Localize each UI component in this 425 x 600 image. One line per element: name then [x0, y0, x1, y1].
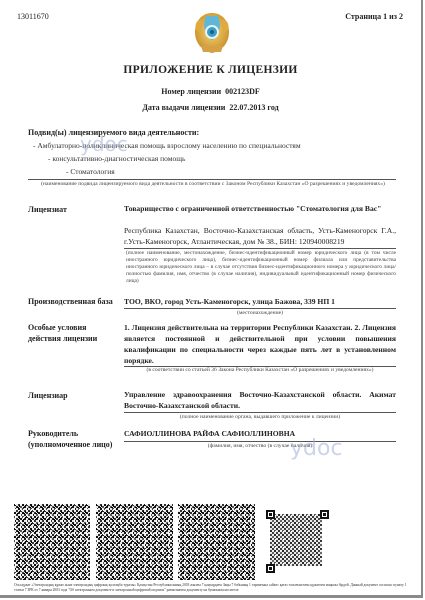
divider	[124, 308, 396, 309]
document-page: 13011670 Страница 1 из 2 ПРИЛОЖЕНИЕ К ЛИ…	[0, 0, 423, 598]
barcode-icon	[96, 504, 173, 580]
divider	[124, 441, 396, 442]
subtypes-note: (наименование подвида лицензируемого вид…	[30, 181, 396, 188]
license-number-label: Номер лицензии	[161, 87, 221, 96]
qr-code-icon	[266, 510, 329, 573]
head-note: (фамилия, имя, отчество (в случае наличи…	[124, 443, 396, 450]
document-number: 13011670	[17, 12, 49, 21]
head-label-line2: (уполномоченное лицо)	[28, 439, 112, 450]
document-title: ПРИЛОЖЕНИЕ К ЛИЦЕНЗИИ	[0, 64, 421, 76]
page-indicator: Страница 1 из 2	[345, 12, 403, 21]
production-base-value: ТОО, ВКО, город Усть-Каменогорск, улица …	[124, 296, 396, 307]
special-conditions-note: (в соответствии со статьей 36 Закона Рес…	[124, 367, 396, 374]
license-number-value: 002123DF	[225, 87, 260, 96]
legal-footer: Осы құжат «Электрондық құжат және электр…	[14, 583, 412, 593]
licensor-label: Лицензиар	[28, 390, 68, 401]
licensee-address: Республика Казахстан, Восточно-Казахстан…	[124, 225, 396, 247]
subtype-item: - Амбулаторно-поликлиническая помощь взр…	[33, 141, 301, 150]
barcode-icon	[178, 504, 255, 580]
special-conditions-value: 1. Лицензия действительна на территории …	[124, 322, 396, 366]
head-value: САФИОЛЛИНОВА РАЙФА САФИОЛЛИНОВНА	[124, 428, 396, 439]
watermark: ydoc	[290, 436, 343, 461]
issue-date-label: Дата выдачи лицензии	[142, 103, 225, 112]
issue-date-value: 22.07.2013 год	[229, 103, 278, 112]
special-conditions-label-line2: действия лицензии	[28, 333, 97, 344]
divider	[124, 412, 396, 413]
licensee-name: Товарищество с ограниченной ответственно…	[124, 203, 396, 214]
divider	[124, 248, 396, 249]
licensee-label: Лицензиат	[28, 204, 67, 215]
divider	[28, 179, 396, 180]
head-label-line1: Руководитель	[28, 428, 112, 439]
production-base-note: (местонахождение)	[124, 310, 396, 317]
license-number: Номер лицензии 002123DF	[0, 87, 421, 96]
licensor-value: Управление здравоохранения Восточно-Каза…	[124, 389, 396, 411]
watermark: ydoc	[80, 132, 128, 156]
state-emblem-icon	[192, 10, 232, 57]
licensor-note: (полное наименование органа, выдавшего п…	[124, 414, 396, 421]
production-base-label: Производственная база	[28, 296, 113, 307]
special-conditions-label: Особые условия действия лицензии	[28, 322, 97, 344]
barcode-icon	[14, 504, 90, 580]
licensee-note: (полное наименование, местонахождение, б…	[126, 250, 396, 285]
subtype-item: - Стоматология	[66, 167, 115, 176]
license-issue-date: Дата выдачи лицензии 22.07.2013 год	[0, 103, 421, 112]
head-label: Руководитель (уполномоченное лицо)	[28, 428, 112, 450]
special-conditions-label-line1: Особые условия	[28, 322, 97, 333]
